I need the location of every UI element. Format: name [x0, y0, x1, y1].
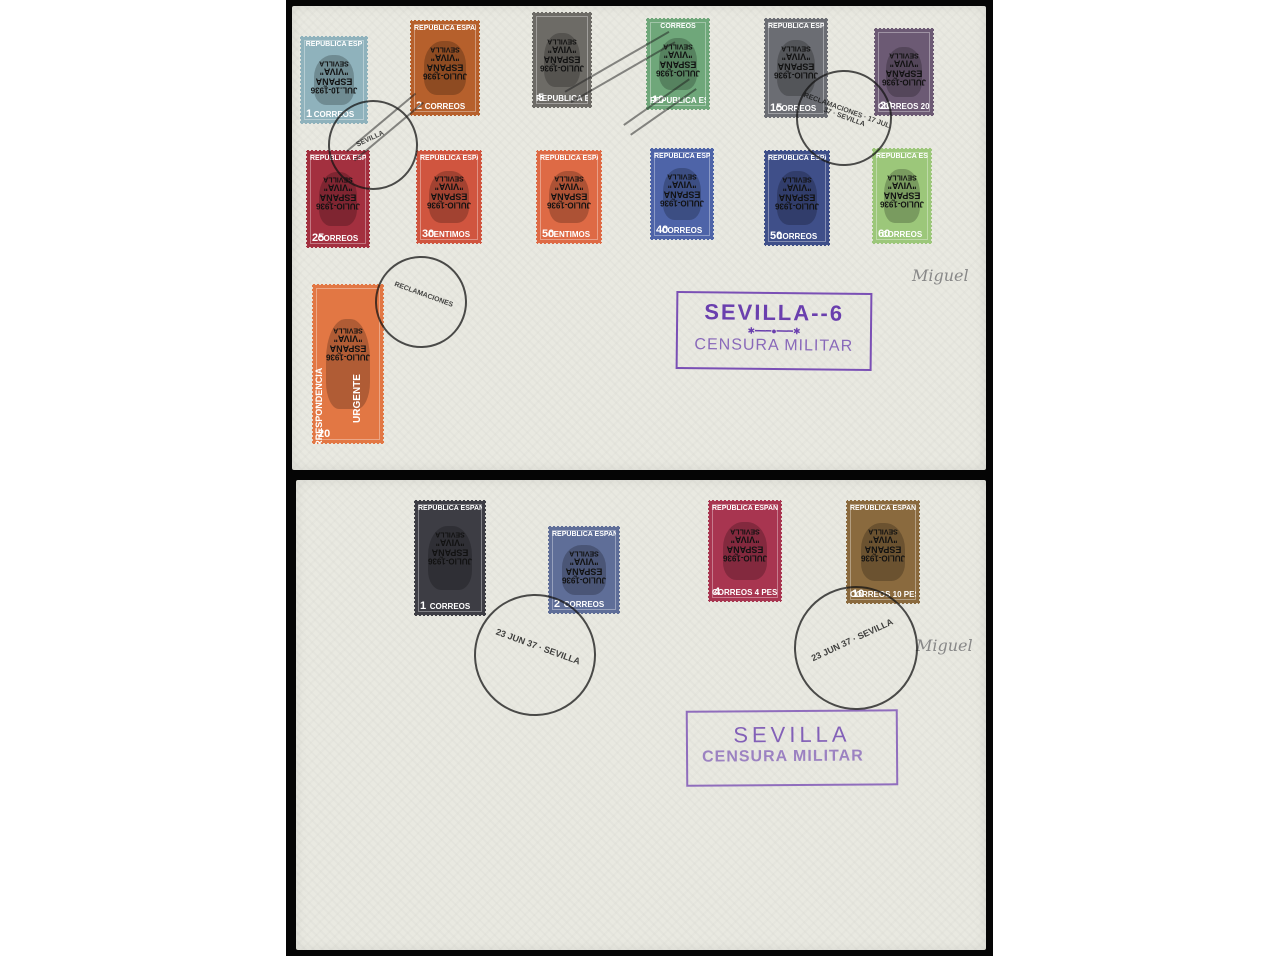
stamp-overprint: JULIO-1936ESPAÑA"VIVA"SEVILLA: [874, 51, 934, 86]
stamp: REPUBLICA ESPAÑOLA JULIO-1936ESPAÑA"VIVA…: [708, 500, 782, 602]
stamp-header: CORREOS: [650, 23, 706, 30]
censor-mark-top: SEVILLA--6 ✱━━━●━━━✱ CENSURA MILITAR: [676, 291, 873, 371]
stamp-header: REPUBLICA ESPAÑOLA: [876, 153, 928, 160]
stamp-value: 15: [770, 102, 782, 114]
stamp: CORRESPONDENCIA JULIO-1936ESPAÑA"VIVA"SE…: [312, 284, 384, 444]
stamp-overprint: JULIO-1936ESPAÑA"VIVA"SEVILLA: [416, 174, 482, 209]
stamp-value: 50: [770, 230, 782, 242]
stamp-value: 1: [420, 600, 426, 612]
expert-signature-bottom: Miguel: [916, 636, 973, 655]
censor-line2: CENSURA MILITAR: [688, 747, 896, 766]
stamp-header: REPUBLICA ESPAÑOLA: [552, 531, 616, 538]
stamp: REPUBLICA ESPAÑOLA JULIO-1936ESPAÑA"VIVA…: [536, 150, 602, 244]
stamp-header: REPUBLICA ESPAÑOLA: [420, 155, 478, 162]
stamp-header: REPUBLICA ESPAÑOLA: [850, 505, 916, 512]
stamp-header: REPUBLICA ESPAÑOLA: [768, 23, 824, 30]
stamp-overprint: JULIO-1936ESPAÑA"VIVA"SEVILLA: [532, 37, 592, 72]
stamp-footer: URGENTE: [352, 374, 363, 423]
stamp: REPUBLICA ESPAÑOLA JULIO-1936ESPAÑA"VIVA…: [764, 150, 830, 246]
expert-signature-top: Miguel: [912, 266, 969, 285]
stamp-header: REPUBLICA ESPAÑOLA: [654, 153, 710, 160]
stamp: REPUBLICA ESPAÑOLA JULIO-1936ESPAÑA"VIVA…: [650, 148, 714, 240]
stamp-overprint: JULIO-1936ESPAÑA"VIVA"SEVILLA: [764, 44, 828, 79]
stamp-value: 5: [538, 92, 544, 104]
stamp-overprint: JULIO-1936ESPAÑA"VIVA"SEVILLA: [872, 173, 932, 208]
stamp-header: REPUBLICA ESPAÑOLA: [418, 505, 482, 512]
postmark-text: 23 JUN 37 · SEVILLA: [796, 610, 909, 670]
stamp-value: 60: [878, 228, 890, 240]
censor-mark-bottom: SEVILLA CENSURA MILITAR: [686, 709, 899, 786]
postmark-text: RECLAMACIONES: [381, 277, 466, 314]
stamp-header: REPUBLICA ESPAÑOLA: [414, 25, 476, 32]
stamp-header: REPUBLICA ESP: [304, 41, 364, 48]
stamp-overprint: JULIO-1936ESPAÑA"VIVA"SEVILLA: [846, 527, 920, 562]
postmark-text: 23 JUN 37 · SEVILLA: [481, 622, 595, 672]
censor-line2: CENSURA MILITAR: [678, 336, 870, 356]
stamp-value: 25: [312, 232, 324, 244]
stamp: REPUBLICA ESPAÑOLA JULIO-1936ESPAÑA"VIVA…: [414, 500, 486, 616]
stamp-header: REPUBLICA ESPAÑOLA: [712, 505, 778, 512]
stamp-overprint: JULIO-1936ESPAÑA"VIVA"SEVILLA: [414, 530, 486, 565]
stamp-value: 50: [542, 228, 554, 240]
stamp-overprint: JULIO-1936ESPAÑA"VIVA"SEVILLA: [548, 549, 620, 584]
stamp-value: 40: [656, 224, 668, 236]
postmark-text: RECLAMACIONES · 17 JUL 37 · SEVILLA: [800, 92, 891, 137]
stamp-overprint: JULIO-1936ESPAÑA"VIVA"SEVILLA: [410, 45, 480, 80]
stamp-footer: CORREOS 4 PESETAS: [712, 588, 778, 597]
stamp: REPUBLICA ESPAÑOLA JULIO-1936ESPAÑA"VIVA…: [416, 150, 482, 244]
stamp-overprint: JULIO-1936ESPAÑA"VIVA"SEVILLA: [764, 175, 830, 210]
stamp: REPUBLICA ESPAÑOLA JULIO-1936ESPAÑA"VIVA…: [872, 148, 932, 244]
stamp-value: 4: [714, 586, 720, 598]
stamp-header: REPUBLICA ESPAÑOLA: [540, 155, 598, 162]
stamp-overprint: JULIO-1936ESPAÑA"VIVA"SEVILLA: [312, 326, 384, 361]
censor-line1: SEVILLA--6: [678, 299, 870, 327]
stamp-overprint: JULIO-1936ESPAÑA"VIVA"SEVILLA: [708, 527, 782, 562]
stamp-value: 1: [306, 108, 312, 120]
stamp-footer: CORREOS: [418, 602, 482, 611]
censor-line1: SEVILLA: [688, 721, 896, 748]
stamp-value: 30: [422, 228, 434, 240]
stamp-value: 20: [318, 428, 330, 440]
stamp-overprint: JULIO-1936ESPAÑA"VIVA"SEVILLA: [650, 172, 714, 207]
stamp-overprint: JUL.10-1936ESPAÑA"VIVA"SEVILLA: [300, 59, 368, 94]
stamp-overprint: JULIO-1936ESPAÑA"VIVA"SEVILLA: [536, 174, 602, 209]
